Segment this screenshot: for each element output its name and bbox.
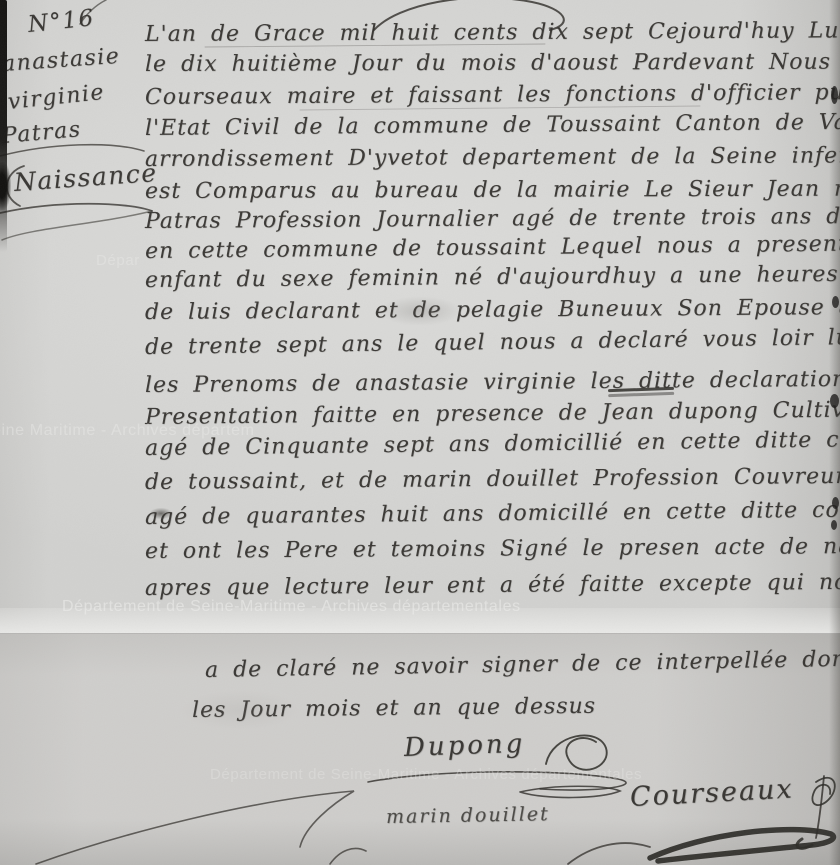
binding-edge-left <box>0 0 7 252</box>
watermark-fragment: Dépar <box>96 252 140 269</box>
facing-page-ink-mark <box>831 86 838 104</box>
act-line: Courseaux maire et faissant les fonction… <box>145 80 840 110</box>
watermark-fragment: eine Maritime - Archives départem <box>0 422 255 440</box>
act-line: de luis declarant et de pelagie Buneuux … <box>145 295 840 325</box>
watermark-fragment: Département de Seine-Maritime - Archives… <box>62 598 521 616</box>
act-line: L'an de Grace mil huit cents dix sept Ce… <box>145 18 840 47</box>
act-line: Patras Profession Journalier agé de tren… <box>145 203 840 234</box>
facing-page-ink-mark <box>831 520 837 530</box>
gutter-shadow-right <box>829 0 840 865</box>
act-line: arrondissement D'yvetot departement de l… <box>145 143 840 172</box>
facing-page-ink-mark <box>832 497 839 509</box>
signature-marin-douillet: marin douillet <box>386 803 550 828</box>
binding-ink-blob <box>0 162 11 210</box>
watermark-fragment: Département de Seine-Maritime - Archives… <box>210 766 642 783</box>
signature-dupong: Dupong <box>403 729 525 763</box>
facing-page-ink-mark <box>830 394 839 408</box>
facing-page-ink-mark <box>832 296 839 308</box>
act-line: et ont les Pere et temoins Signé le pres… <box>145 533 840 564</box>
act-line: le dix huitième Jour du mois d'aoust Par… <box>145 49 840 77</box>
act-line: est Comparus au bureau de la mairie Le S… <box>145 176 840 204</box>
closing-line: les Jour mois et an que dessus <box>192 694 596 723</box>
archival-birth-record-scan: { "page": { "paper_color": "#d1d1cf", "i… <box>0 0 840 865</box>
